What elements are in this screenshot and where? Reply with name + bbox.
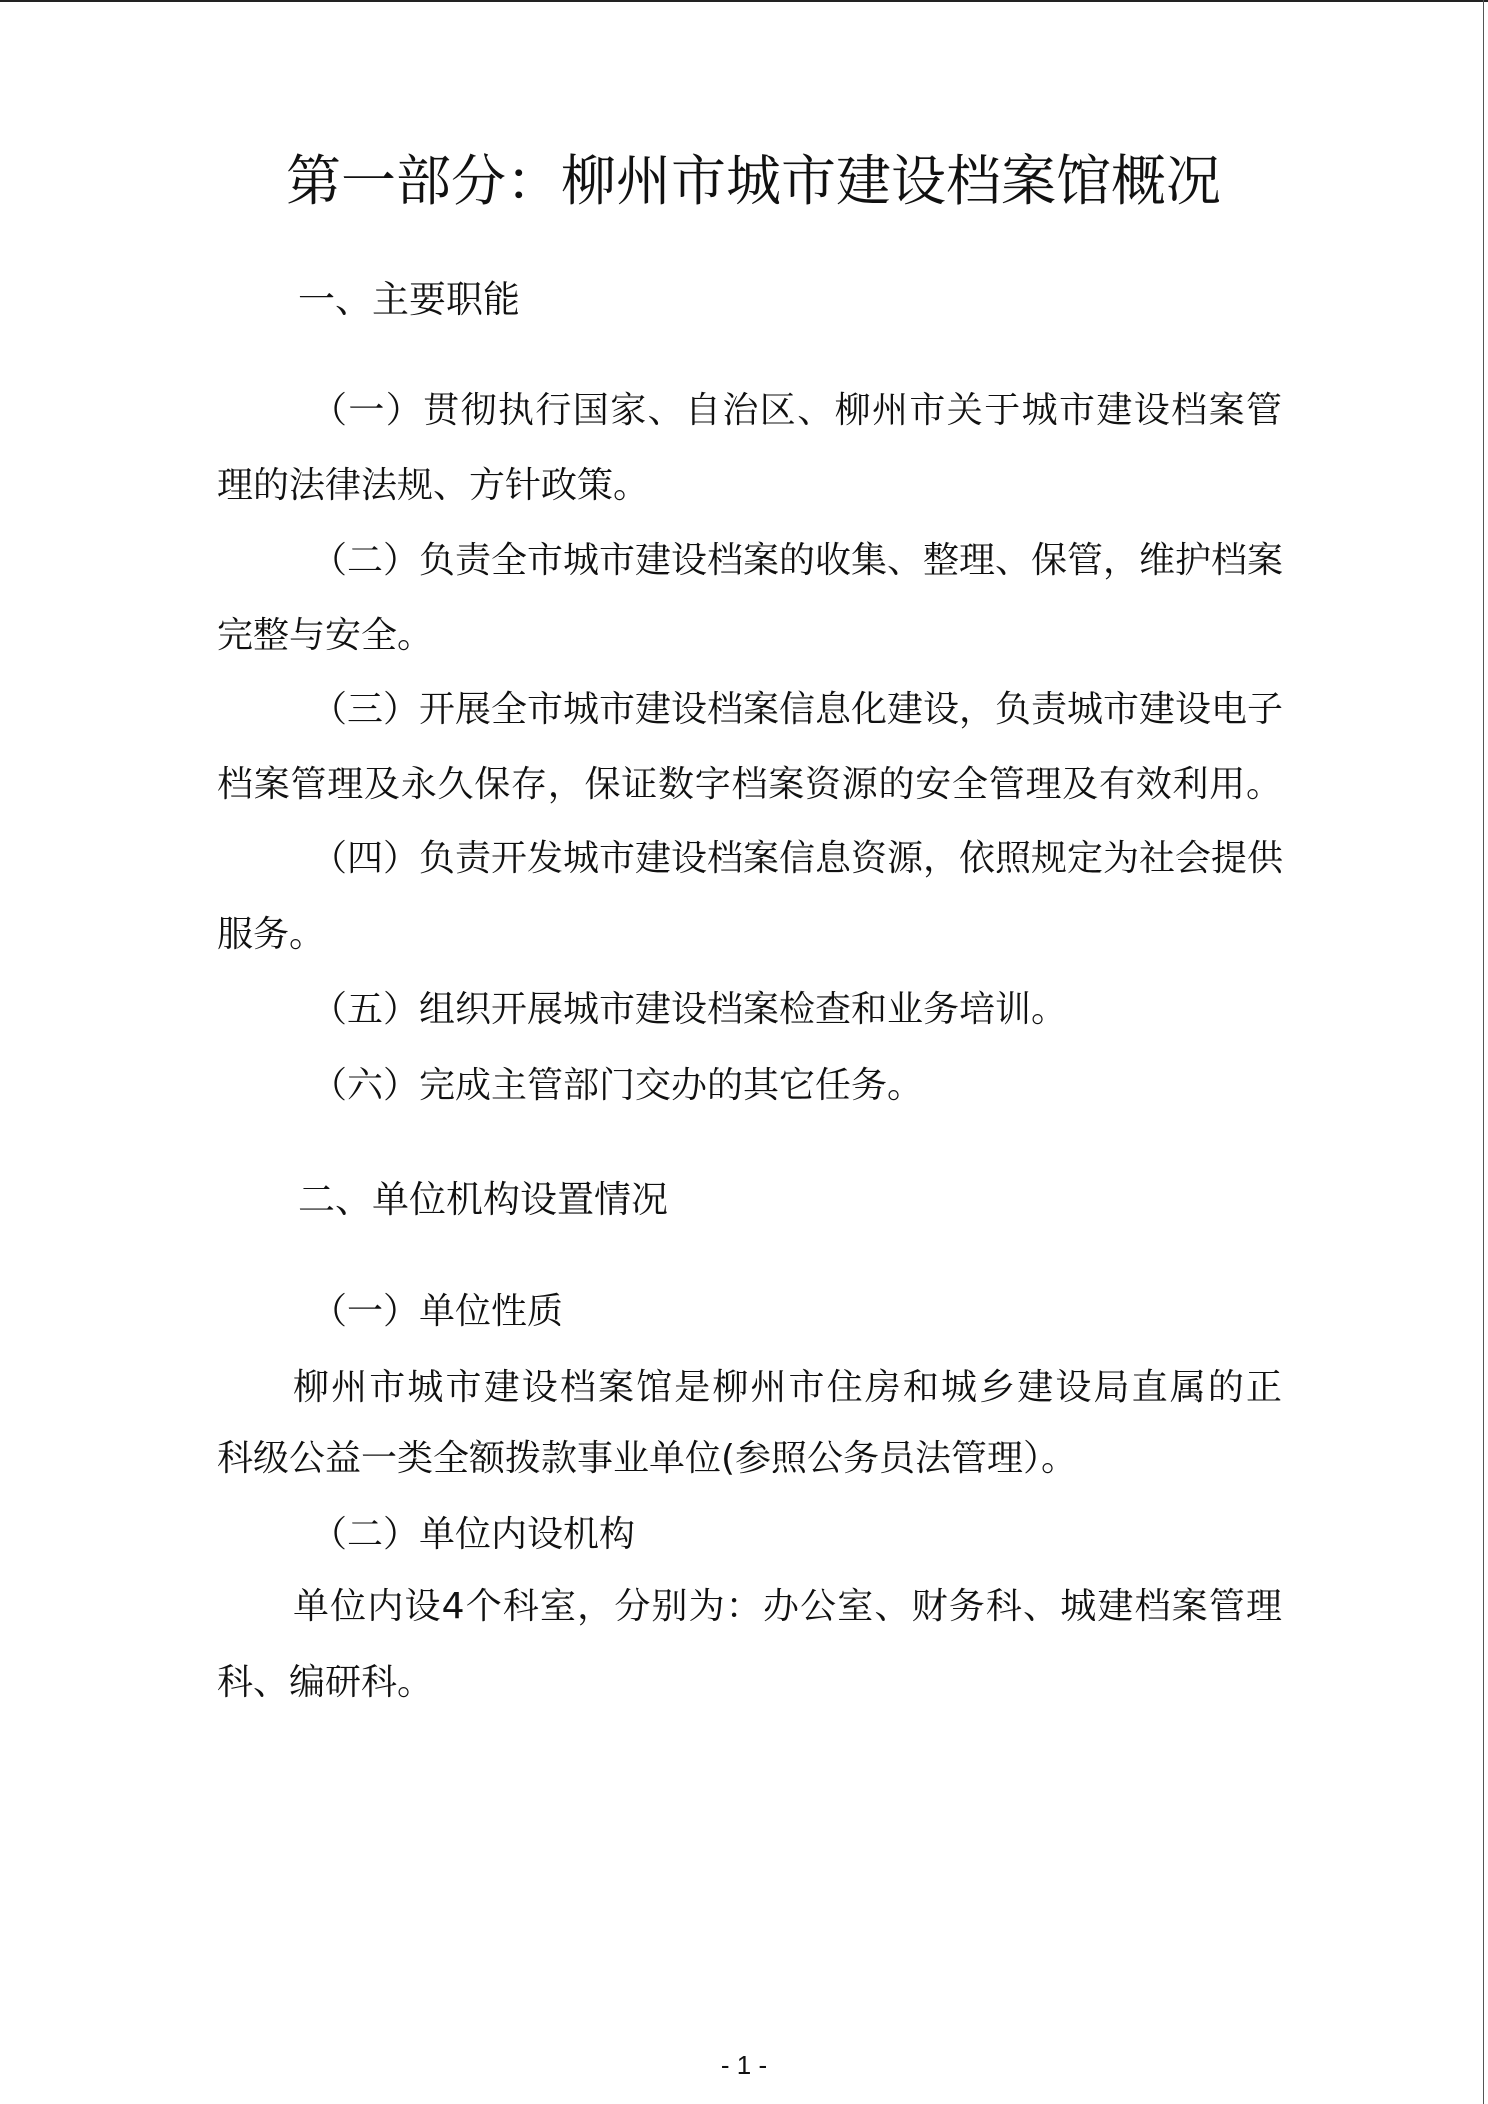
page-title: 第一部分：柳州市城市建设档案馆概况 [286,146,1218,216]
function-item-3-line2: 档案管理及永久保存，保证数字档案资源的安全管理及有效利用。 [217,760,1282,810]
unit-nature-line2: 科级公益一类全额拨款事业单位(参照公务员法管理）。 [217,1434,1077,1484]
function-item-2-line1: （二）负责全市城市建设档案的收集、整理、保管，维护档案 [311,536,1282,586]
page-top-border [0,0,1488,2]
function-item-1-line1: （一）贯彻执行国家、自治区、柳州市关于城市建设档案管 [311,386,1282,436]
section-heading-organization: 二、单位机构设置情况 [298,1175,668,1225]
function-item-5: （五）组织开展城市建设档案检查和业务培训。 [311,985,1067,1035]
page-number: - 1 - [0,2050,1488,2080]
subheading-unit-nature: （一）单位性质 [311,1287,563,1337]
function-item-4-line2: 服务。 [217,910,325,960]
function-item-6: （六）完成主管部门交办的其它任务。 [311,1061,923,1111]
section-heading-main-functions: 一、主要职能 [298,275,520,325]
function-item-1-line2: 理的法律法规、方针政策。 [217,461,649,511]
internal-departments-line1: 单位内设4个科室，分别为：办公室、财务科、城建档案管理 [293,1582,1282,1632]
internal-departments-line2: 科、编研科。 [217,1658,433,1708]
page-right-border [1483,0,1484,2104]
function-item-2-line2: 完整与安全。 [217,611,433,661]
function-item-3-line1: （三）开展全市城市建设档案信息化建设，负责城市建设电子 [311,685,1282,735]
unit-nature-line1: 柳州市城市建设档案馆是柳州市住房和城乡建设局直属的正 [293,1363,1282,1413]
function-item-4-line1: （四）负责开发城市建设档案信息资源，依照规定为社会提供 [311,834,1282,884]
subheading-internal-departments: （二）单位内设机构 [311,1510,635,1560]
